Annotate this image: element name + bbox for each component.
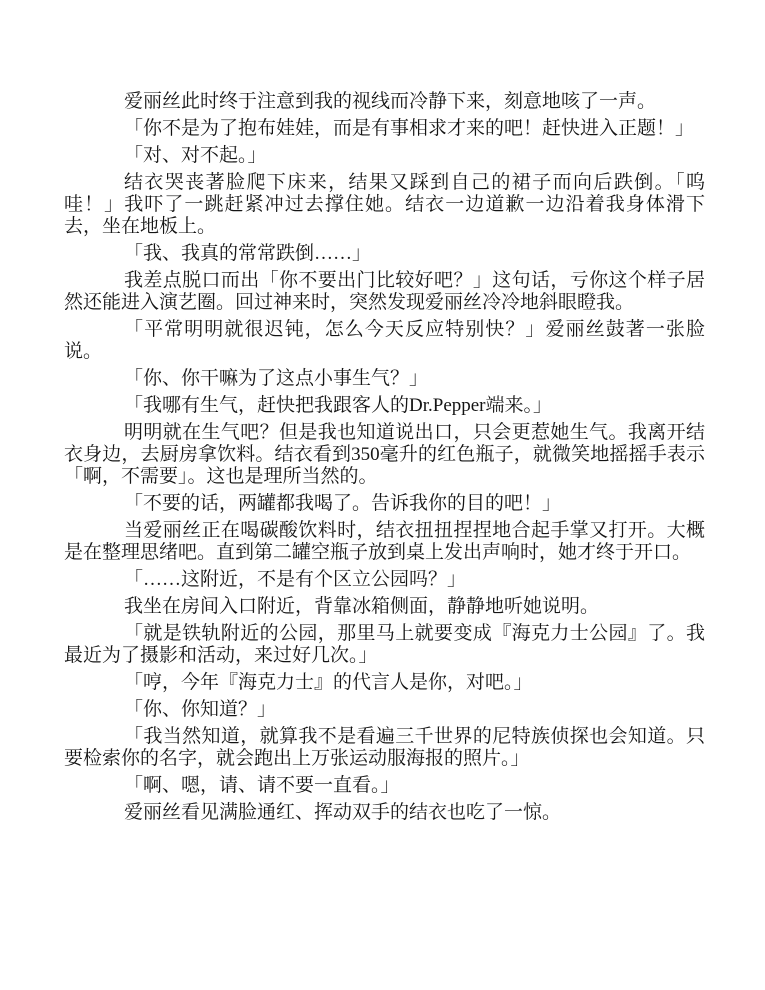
- paragraph: 「你、你知道？」: [64, 699, 705, 721]
- paragraph: 「啊、嗯，请、请不要一直看。」: [64, 775, 705, 797]
- paragraph: 爱丽丝此时终于注意到我的视线而冷静下来，刻意地咳了一声。: [64, 91, 705, 113]
- paragraph: 「对、对不起。」: [64, 145, 705, 167]
- paragraph: 「我哪有生气，赶快把我跟客人的Dr.Pepper端来。」: [64, 395, 705, 417]
- paragraph: 「你不是为了抱布娃娃，而是有事相求才来的吧！赶快进入正题！」: [64, 118, 705, 140]
- paragraph: 「不要的话，两罐都我喝了。告诉我你的目的吧！」: [64, 493, 705, 515]
- paragraph: 爱丽丝看见满脸通红、挥动双手的结衣也吃了一惊。: [64, 802, 705, 824]
- paragraph: 明明就在生气吧？但是我也知道说出口，只会更惹她生气。我离开结衣身边，去厨房拿饮料…: [64, 422, 705, 488]
- paragraph: 当爱丽丝正在喝碳酸饮料时，结衣扭扭捏捏地合起手掌又打开。大概是在整理思绪吧。直到…: [64, 520, 705, 564]
- paragraph: 我差点脱口而出「你不要出门比较好吧？」这句话，亏你这个样子居然还能进入演艺圈。回…: [64, 270, 705, 314]
- paragraph: 「哼，今年『海克力士』的代言人是你，对吧。」: [64, 672, 705, 694]
- paragraph: 结衣哭丧著脸爬下床来，结果又踩到自己的裙子而向后跌倒。「呜哇！」我吓了一跳赶紧冲…: [64, 172, 705, 238]
- paragraph: 「平常明明就很迟钝，怎么今天反应特别快？」爱丽丝鼓著一张脸说。: [64, 319, 705, 363]
- paragraph: 「你、你干嘛为了这点小事生气？」: [64, 368, 705, 390]
- book-page: 爱丽丝此时终于注意到我的视线而冷静下来，刻意地咳了一声。「你不是为了抱布娃娃，而…: [0, 0, 765, 990]
- paragraph: 「我当然知道，就算我不是看遍三千世界的尼特族侦探也会知道。只要检索你的名字，就会…: [64, 726, 705, 770]
- paragraph: 「我、我真的常常跌倒……」: [64, 243, 705, 265]
- novel-text-body: 爱丽丝此时终于注意到我的视线而冷静下来，刻意地咳了一声。「你不是为了抱布娃娃，而…: [64, 91, 705, 824]
- paragraph: 「……这附近，不是有个区立公园吗？」: [64, 569, 705, 591]
- paragraph: 「就是铁轨附近的公园，那里马上就要变成『海克力士公园』了。我最近为了摄影和活动，…: [64, 623, 705, 667]
- paragraph: 我坐在房间入口附近，背靠冰箱侧面，静静地听她说明。: [64, 596, 705, 618]
